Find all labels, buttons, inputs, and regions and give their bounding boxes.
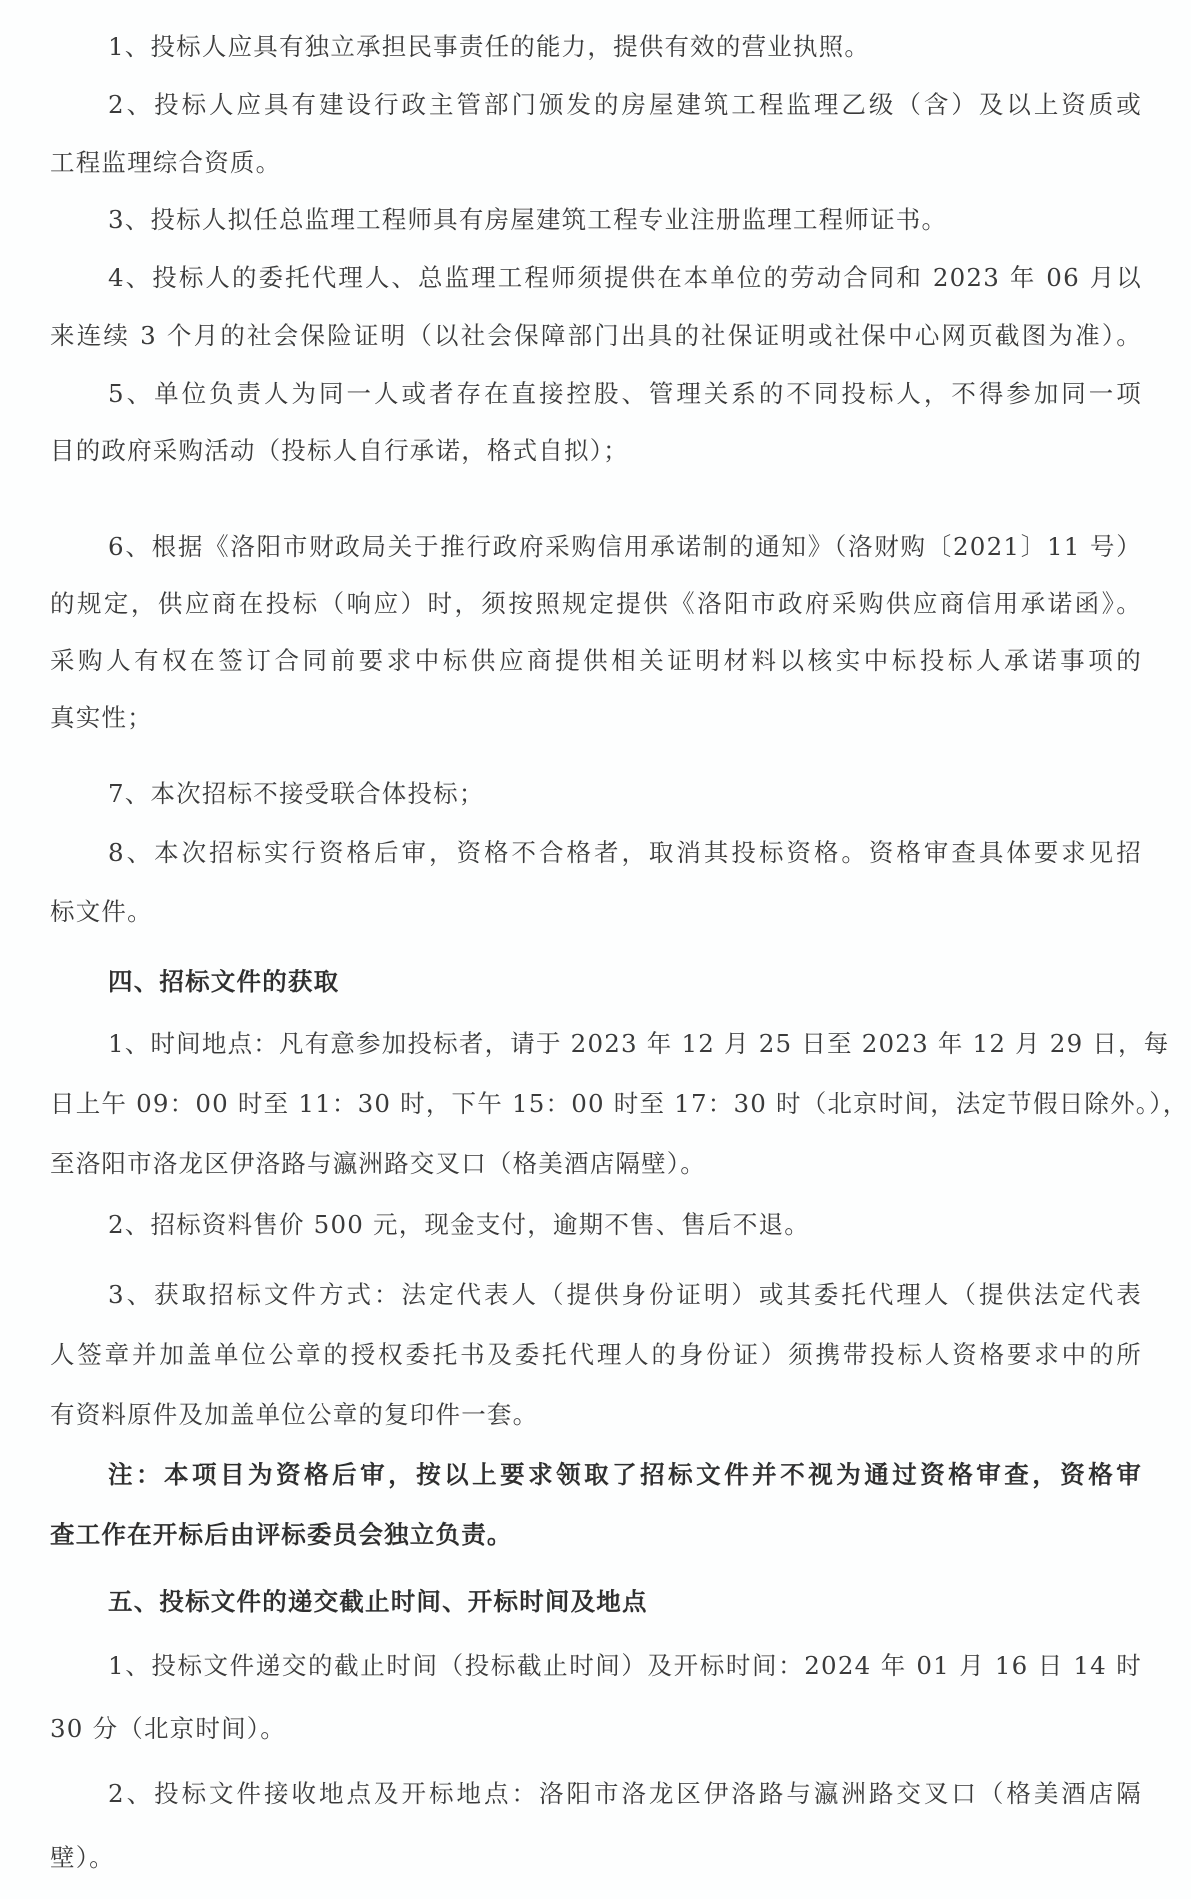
paragraph-line: 采购人有权在签订合同前要求中标供应商提供相关证明材料以核实中标投标人承诺事项的 [50, 641, 1142, 681]
note-line: 注：本项目为资格后审，按以上要求领取了招标文件并不视为通过资格审查，资格审 [108, 1455, 1142, 1495]
paragraph-line: 目的政府采购活动（投标人自行承诺，格式自拟）； [50, 431, 629, 471]
paragraph-line: 日上午 09：00 时至 11：30 时，下午 15：00 时至 17：30 时… [50, 1084, 1142, 1124]
paragraph-line: 5、单位负责人为同一人或者存在直接控股、管理关系的不同投标人，不得参加同一项 [108, 374, 1142, 414]
paragraph-line: 7、本次招标不接受联合体投标； [108, 774, 485, 814]
paragraph-line: 30 分（北京时间）。 [50, 1709, 286, 1749]
paragraph-line: 至洛阳市洛龙区伊洛路与瀛洲路交叉口（格美酒店隔壁）。 [50, 1144, 706, 1184]
paragraph-line: 2、招标资料售价 500 元，现金支付，逾期不售、售后不退。 [108, 1205, 810, 1245]
paragraph-line: 4、投标人的委托代理人、总监理工程师须提供在本单位的劳动合同和 2023 年 0… [108, 258, 1142, 298]
paragraph-line: 来连续 3 个月的社会保险证明（以社会保障部门出具的社保证明或社保中心网页截图为… [50, 316, 1142, 356]
paragraph-line: 的规定，供应商在投标（响应）时，须按照规定提供《洛阳市政府采购供应商信用承诺函》… [50, 584, 1142, 624]
paragraph-line: 标文件。 [50, 892, 153, 932]
paragraph-line: 壁）。 [50, 1838, 115, 1878]
paragraph-line: 1、时间地点：凡有意参加投标者，请于 2023 年 12 月 25 日至 202… [108, 1024, 1142, 1064]
section-heading-4: 四、招标文件的获取 [108, 962, 339, 1002]
note-line: 查工作在开标后由评标委员会独立负责。 [50, 1515, 513, 1555]
paragraph-line: 1、投标人应具有独立承担民事责任的能力，提供有效的营业执照。 [108, 27, 870, 67]
paragraph-line: 1、投标文件递交的截止时间（投标截止时间）及开标时间：2024 年 01 月 1… [108, 1646, 1142, 1686]
paragraph-line: 3、投标人拟任总监理工程师具有房屋建筑工程专业注册监理工程师证书。 [108, 200, 947, 240]
paragraph-line: 工程监理综合资质。 [50, 143, 281, 183]
paragraph-line: 8、本次招标实行资格后审，资格不合格者，取消其投标资格。资格审查具体要求见招 [108, 833, 1142, 873]
paragraph-line: 真实性； [50, 698, 153, 738]
paragraph-line: 2、投标文件接收地点及开标地点：洛阳市洛龙区伊洛路与瀛洲路交叉口（格美酒店隔 [108, 1774, 1142, 1814]
paragraph-line: 有资料原件及加盖单位公章的复印件一套。 [50, 1395, 538, 1435]
paragraph-line: 6、根据《洛阳市财政局关于推行政府采购信用承诺制的通知》（洛财购〔2021〕11… [108, 527, 1142, 567]
section-heading-5: 五、投标文件的递交截止时间、开标时间及地点 [108, 1582, 648, 1622]
paragraph-line: 3、获取招标文件方式：法定代表人（提供身份证明）或其委托代理人（提供法定代表 [108, 1275, 1142, 1315]
paragraph-line: 人签章并加盖单位公章的授权委托书及委托代理人的身份证）须携带投标人资格要求中的所 [50, 1335, 1142, 1375]
paragraph-line: 2、投标人应具有建设行政主管部门颁发的房屋建筑工程监理乙级（含）及以上资质或 [108, 85, 1142, 125]
document-page: 1、投标人应具有独立承担民事责任的能力，提供有效的营业执照。 2、投标人应具有建… [0, 0, 1191, 1899]
